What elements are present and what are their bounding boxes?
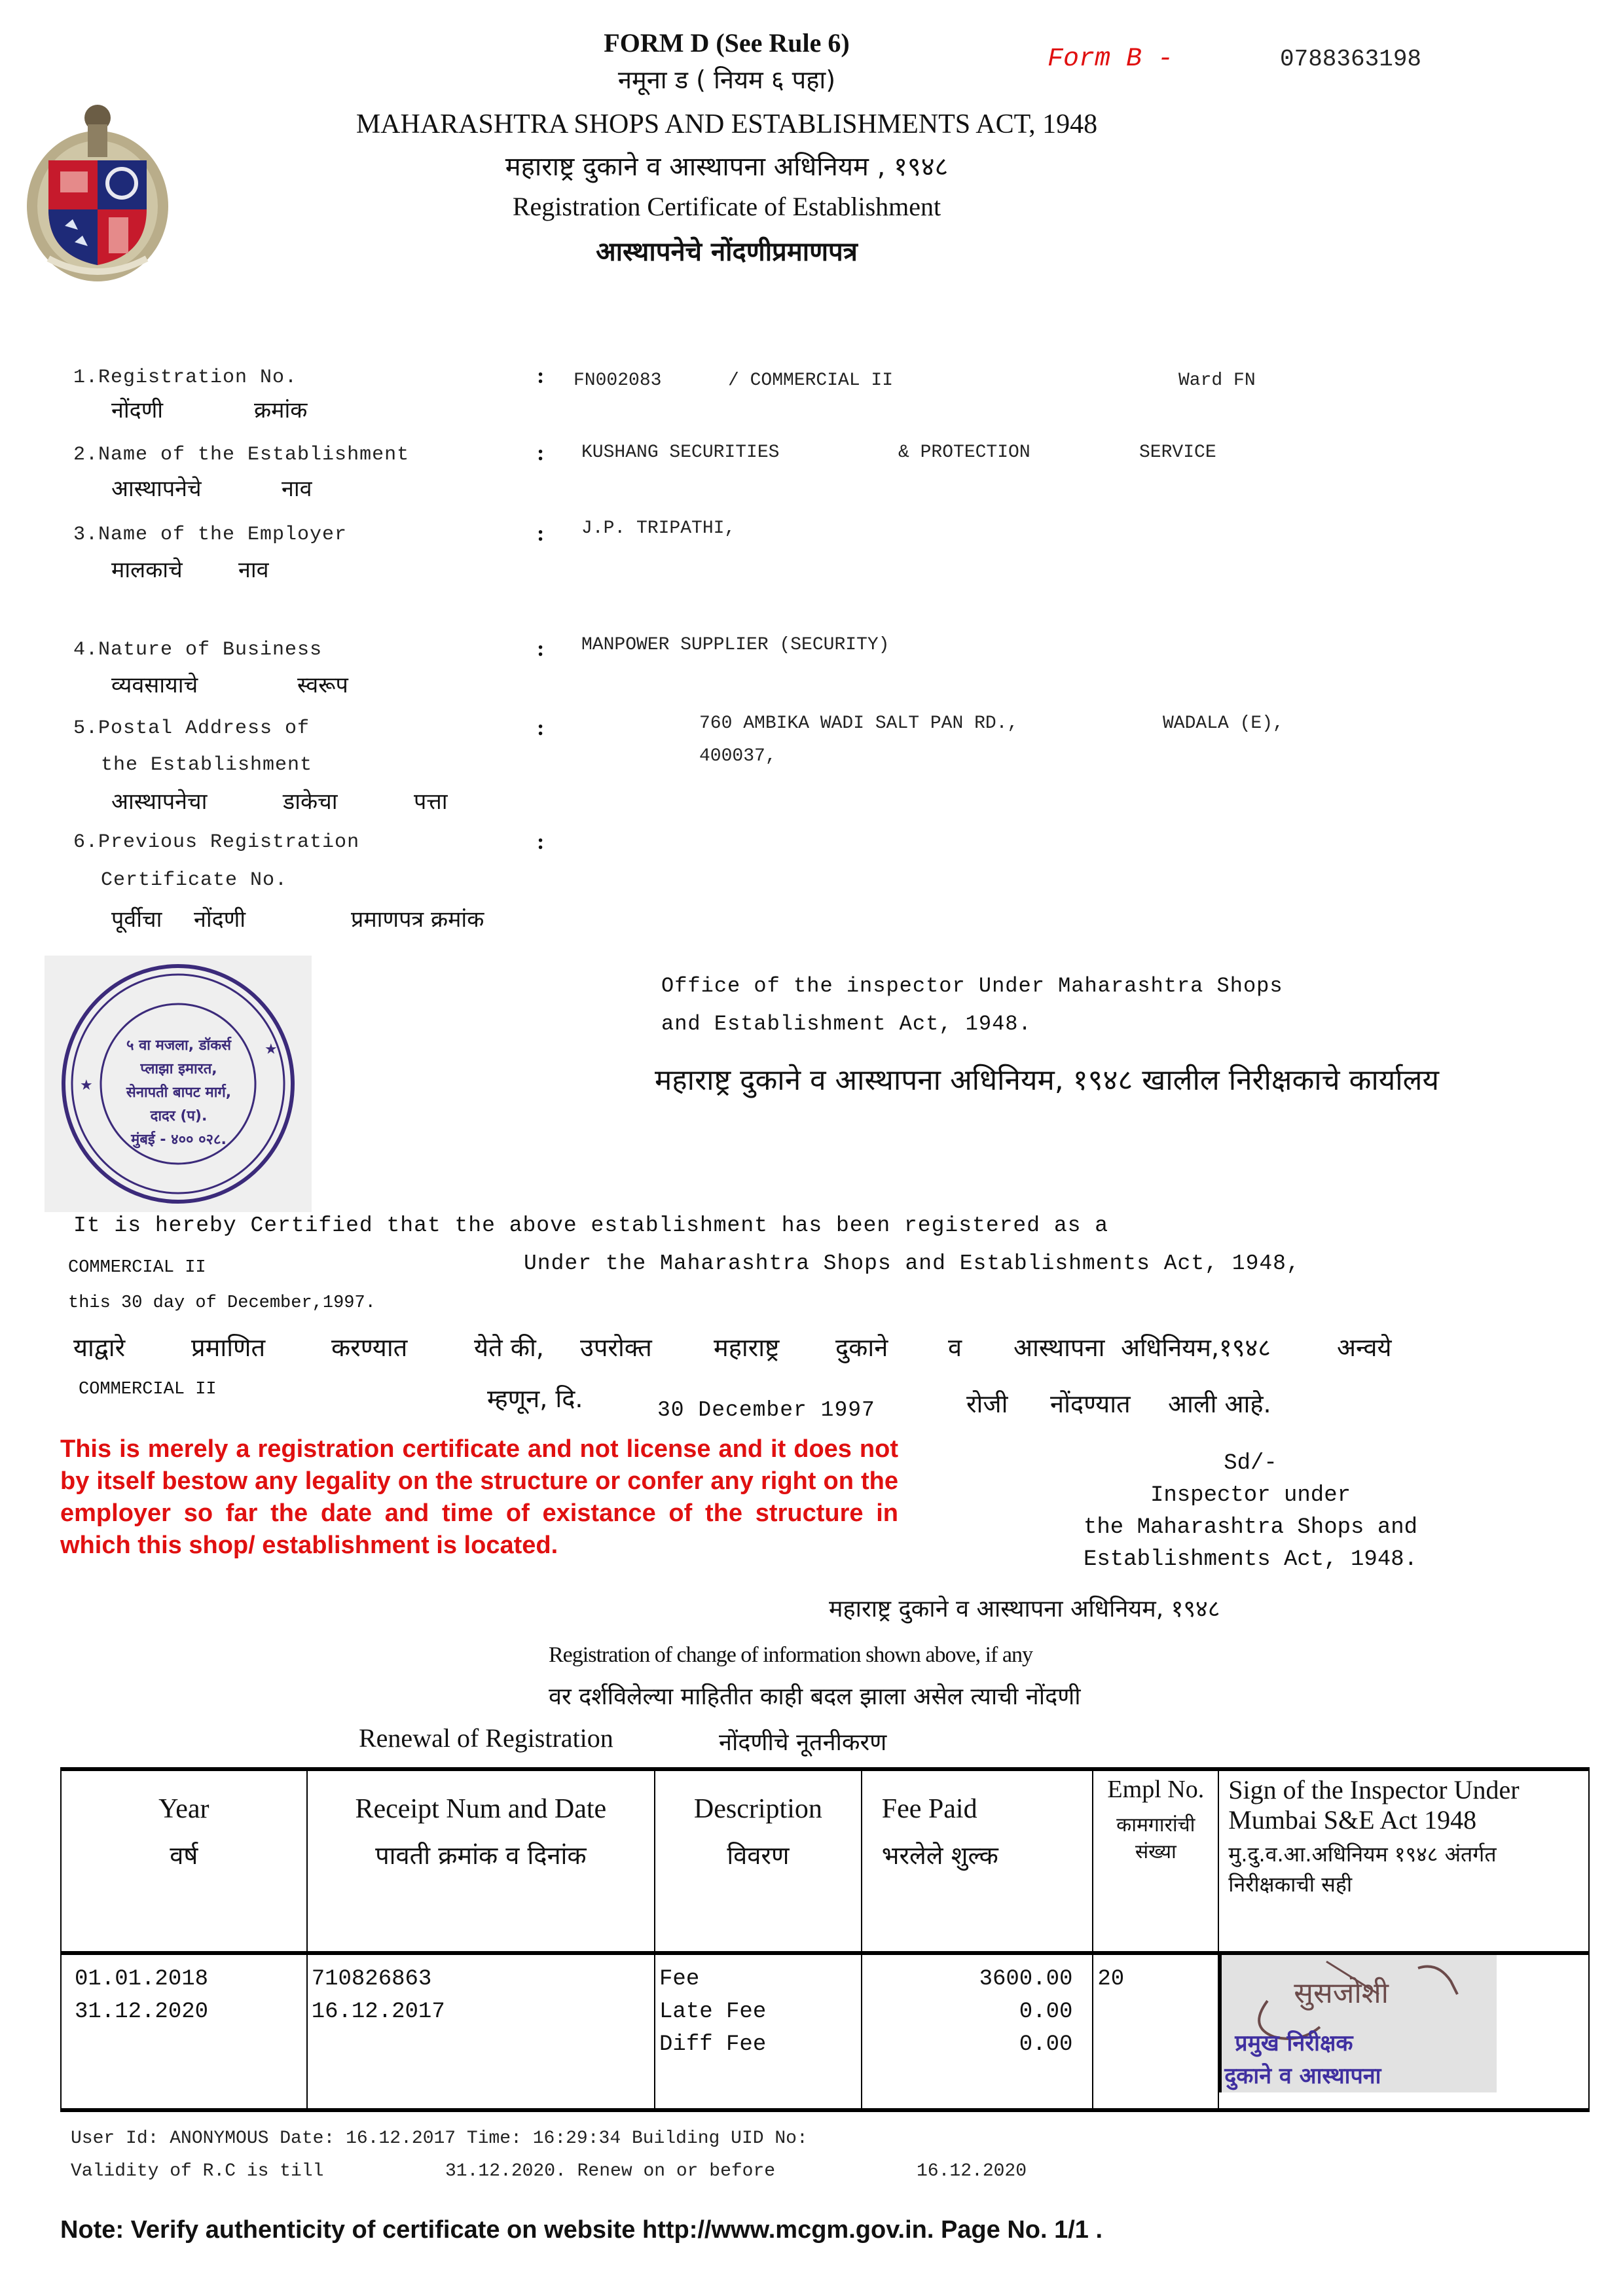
registration-category-value: / COMMERCIAL II — [728, 370, 893, 391]
cert-dev-word: नोंदण्यात — [1050, 1386, 1131, 1420]
cert-dev-word: अन्वये — [1337, 1330, 1392, 1364]
field-label-postal-address: 5.Postal Address of — [73, 717, 310, 740]
establishment-name-part: & PROTECTION — [898, 442, 1030, 463]
certification-date-line: this 30 day of December,1997. — [68, 1293, 376, 1313]
nature-of-business-value: MANPOWER SUPPLIER (SECURITY) — [581, 635, 889, 655]
sd-label: Sd/- — [1021, 1448, 1480, 1480]
stamp-text-line: प्लाझा इमारत, — [107, 1058, 251, 1081]
seal-text-line: प्रमुख निरीक्षक — [1235, 2027, 1353, 2060]
employee-count: 20 — [1097, 1963, 1214, 1996]
establishment-name-part: SERVICE — [1139, 442, 1216, 463]
column-header-label-dev: वर्ष — [62, 1838, 306, 1872]
office-line-marathi: महाराष्ट्र दुकाने व आस्थापना अधिनियम, १९… — [655, 1059, 1439, 1098]
certificate-title: Registration Certificate of Establishmen… — [0, 191, 1453, 222]
renewal-title: Renewal of Registration — [359, 1723, 613, 1753]
registration-no-value: FN002083 — [574, 370, 661, 391]
svg-text:★: ★ — [80, 1077, 93, 1093]
column-header-inspector-sign: Sign of the Inspector Under Mumbai S&E A… — [1218, 1769, 1589, 1953]
registration-category-dev-line: COMMERCIAL II — [79, 1380, 217, 1399]
certification-line-2: Under the Maharashtra Shops and Establis… — [524, 1251, 1300, 1276]
field-label-employer-name: 3.Name of the Employer — [73, 524, 347, 546]
registration-date: 30 December 1997 — [657, 1398, 875, 1422]
field-label-establishment-name: 2.Name of the Establishment — [73, 444, 409, 466]
certification-line-1: It is hereby Certified that the above es… — [73, 1213, 1108, 1238]
cert-dev-word: व — [948, 1330, 962, 1364]
form-title-marathi: नमूना ड ( नियम ६ पहा) — [0, 62, 1453, 96]
address-line: 760 AMBIKA WADI SALT PAN RD., — [699, 713, 1018, 734]
colon: : — [537, 364, 544, 389]
signatory-line: Establishments Act, 1948. — [1021, 1544, 1480, 1576]
change-info-title: Registration of change of information sh… — [549, 1643, 1032, 1668]
cert-dev-word: अधिनियम,१९४८ — [1121, 1330, 1271, 1364]
cert-dev-word: येते की, — [474, 1330, 544, 1364]
form-title: FORM D (See Rule 6) — [0, 27, 1453, 58]
field-label-dev: डाकेचा — [283, 785, 338, 816]
column-header-year: Year वर्ष — [61, 1769, 307, 1953]
column-header-empl-no: Empl No. कामगारांची संख्या — [1093, 1769, 1218, 1953]
column-header-label-dev: कामगारांची संख्या — [1094, 1810, 1217, 1864]
field-label-registration-no: 1.Registration No. — [73, 367, 297, 389]
verification-note: Note: Verify authenticity of certificate… — [60, 2216, 1103, 2244]
employer-name-value: J.P. TRIPATHI, — [581, 518, 735, 539]
certificate-title-marathi: आस्थापनेचे नोंदणीप्रमाणपत्र — [0, 232, 1453, 268]
change-info-title-marathi: वर दर्शविलेल्या माहितीत काही बदल झाला अस… — [549, 1679, 1081, 1712]
description-item: Fee — [659, 1963, 857, 1996]
field-label-dev: मालकाचे — [111, 554, 183, 584]
column-header-label: Empl No. — [1107, 1776, 1204, 1803]
colon: : — [537, 441, 544, 466]
cert-dev-word: रोजी — [966, 1386, 1008, 1420]
column-header-fee-paid: Fee Paid भरलेले शुल्क — [862, 1769, 1093, 1953]
cell-description: Fee Late Fee Diff Fee — [655, 1953, 862, 2110]
renewal-title-marathi: नोंदणीचे नूतनीकरण — [719, 1725, 886, 1757]
stamp-text-line: दादर (प). — [107, 1105, 251, 1128]
field-label-dev: नोंदणी — [194, 903, 246, 933]
cert-dev-word: याद्वारे — [73, 1330, 125, 1364]
field-label-dev: स्वरूप — [297, 669, 348, 699]
cert-dev-mhanun: म्हणून, दि. — [487, 1381, 583, 1415]
cell-empl-no: 20 — [1093, 1953, 1218, 2110]
field-label-dev: व्यवसायाचे — [111, 669, 198, 699]
column-header-receipt: Receipt Num and Date पावती क्रमांक व दिन… — [307, 1769, 655, 1953]
receipt-date: 16.12.2017 — [312, 1996, 650, 2028]
column-header-label-dev: मु.दु.व.आ.अधिनियम १९४८ अंतर्गत निरीक्षका… — [1228, 1839, 1582, 1899]
field-label-dev: आस्थापनेचे — [111, 473, 202, 503]
field-label-dev: क्रमांक — [254, 394, 307, 424]
cert-dev-word: उपरोक्त — [580, 1330, 652, 1364]
ward-value: Ward FN — [1178, 370, 1256, 391]
establishment-name-part: KUSHANG SECURITIES — [581, 442, 779, 463]
field-label-dev: नोंदणी — [111, 394, 163, 424]
column-header-label: Receipt Num and Date — [356, 1794, 607, 1824]
column-header-label-dev: विवरण — [656, 1838, 860, 1872]
cell-inspector-sign: सुसजोशी प्रमुख निरीक्षक दुकाने व आस्थापन… — [1218, 1953, 1589, 2110]
cell-year: 01.01.2018 31.12.2020 — [61, 1953, 307, 2110]
signatory-line: Inspector under — [1021, 1480, 1480, 1512]
registration-category: COMMERCIAL II — [68, 1258, 206, 1278]
stamp-text-line: सेनापती बापट मार्ग, — [107, 1081, 251, 1105]
field-label-postal-address-line2: the Establishment — [101, 754, 312, 776]
field-label-nature-of-business: 4.Nature of Business — [73, 639, 322, 661]
column-header-label: Year — [158, 1794, 209, 1824]
column-header-label: Fee Paid — [882, 1794, 977, 1824]
field-label-dev: पूर्वीचा — [111, 903, 162, 933]
column-header-label-dev: भरलेले शुल्क — [882, 1838, 1092, 1872]
office-line-1: Office of the inspector Under Maharashtr… — [661, 974, 1283, 998]
act-title-marathi-footer: महाराष्ट्र दुकाने व आस्थापना अधिनियम, १९… — [829, 1592, 1220, 1624]
validity-date: 31.12.2020. Renew on or before — [445, 2161, 775, 2181]
stamp-text-line: ५ वा मजला, डॉकर्स — [107, 1034, 251, 1058]
form-number: 0788363198 — [1280, 46, 1421, 73]
cert-dev-word: आस्थापना — [1013, 1330, 1105, 1364]
description-item: Diff Fee — [659, 2028, 857, 2061]
field-label-previous-registration: 6.Previous Registration — [73, 831, 359, 853]
receipt-number: 710826863 — [312, 1963, 650, 1996]
disclaimer-text: This is merely a registration certificat… — [60, 1433, 898, 1562]
form-b-label: Form B - — [1048, 45, 1173, 74]
column-header-label: Sign of the Inspector Under Mumbai S&E A… — [1228, 1775, 1519, 1835]
colon: : — [537, 716, 544, 741]
address-locality: WADALA (E), — [1163, 713, 1284, 734]
signature-text: सुसजोशी — [1294, 1977, 1389, 2010]
cert-dev-word: करण्यात — [331, 1330, 407, 1364]
description-item: Late Fee — [659, 1996, 857, 2028]
stamp-text-line: मुंबई - ४०० ०२८. — [107, 1128, 251, 1152]
office-stamp: ★ ★ ५ वा मजला, डॉकर्स प्लाझा इमारत, सेना… — [45, 956, 312, 1212]
column-header-label-dev: पावती क्रमांक व दिनांक — [308, 1838, 653, 1872]
field-label-dev: नाव — [238, 554, 269, 584]
column-header-label: Description — [694, 1794, 822, 1824]
fee-amount: 3600.00 — [866, 1963, 1073, 1996]
cell-fee-paid: 3600.00 0.00 0.00 — [862, 1953, 1093, 2110]
cert-dev-word: दुकाने — [835, 1330, 888, 1364]
address-pincode: 400037, — [699, 746, 776, 766]
colon: : — [537, 830, 544, 855]
field-label-previous-registration-line2: Certificate No. — [101, 869, 287, 891]
field-label-dev: आस्थापनेचा — [111, 785, 207, 816]
cert-dev-word: महाराष्ट्र — [714, 1330, 779, 1364]
table-row: 01.01.2018 31.12.2020 710826863 16.12.20… — [61, 1953, 1589, 2110]
renewal-table-header: Year वर्ष Receipt Num and Date पावती क्र… — [61, 1769, 1589, 1953]
cert-dev-word: आली आहे. — [1168, 1386, 1271, 1420]
fee-amount: 0.00 — [866, 2028, 1073, 2061]
cell-receipt: 710826863 16.12.2017 — [307, 1953, 655, 2110]
field-label-dev: प्रमाणपत्र क्रमांक — [351, 903, 484, 933]
signatory-block: Sd/- Inspector under the Maharashtra Sho… — [1021, 1448, 1480, 1576]
year-from: 01.01.2018 — [75, 1963, 302, 1996]
act-title-marathi: महाराष्ट्र दुकाने व आस्थापना अधिनियम , १… — [0, 147, 1453, 183]
colon: : — [537, 637, 544, 662]
act-title: MAHARASHTRA SHOPS AND ESTABLISHMENTS ACT… — [0, 109, 1453, 140]
cert-dev-word: प्रमाणित — [191, 1330, 265, 1364]
svg-text:★: ★ — [264, 1041, 278, 1057]
office-line-2: and Establishment Act, 1948. — [661, 1012, 1032, 1036]
renew-before-date: 16.12.2020 — [917, 2161, 1027, 2181]
validity-label: Validity of R.C is till — [71, 2161, 323, 2181]
seal-text-line: दुकाने व आस्थापना — [1224, 2060, 1381, 2092]
year-to: 31.12.2020 — [75, 1996, 302, 2028]
field-label-dev: नाव — [282, 473, 312, 503]
footer-meta-line: User Id: ANONYMOUS Date: 16.12.2017 Time… — [71, 2128, 808, 2149]
field-label-dev: पत्ता — [414, 785, 448, 816]
signatory-line: the Maharashtra Shops and — [1021, 1512, 1480, 1544]
inspector-signature-seal: सुसजोशी प्रमुख निरीक्षक दुकाने व आस्थापन… — [1219, 1951, 1497, 2092]
renewal-table: Year वर्ष Receipt Num and Date पावती क्र… — [60, 1767, 1590, 2112]
colon: : — [537, 522, 544, 547]
fee-amount: 0.00 — [866, 1996, 1073, 2028]
column-header-description: Description विवरण — [655, 1769, 862, 1953]
